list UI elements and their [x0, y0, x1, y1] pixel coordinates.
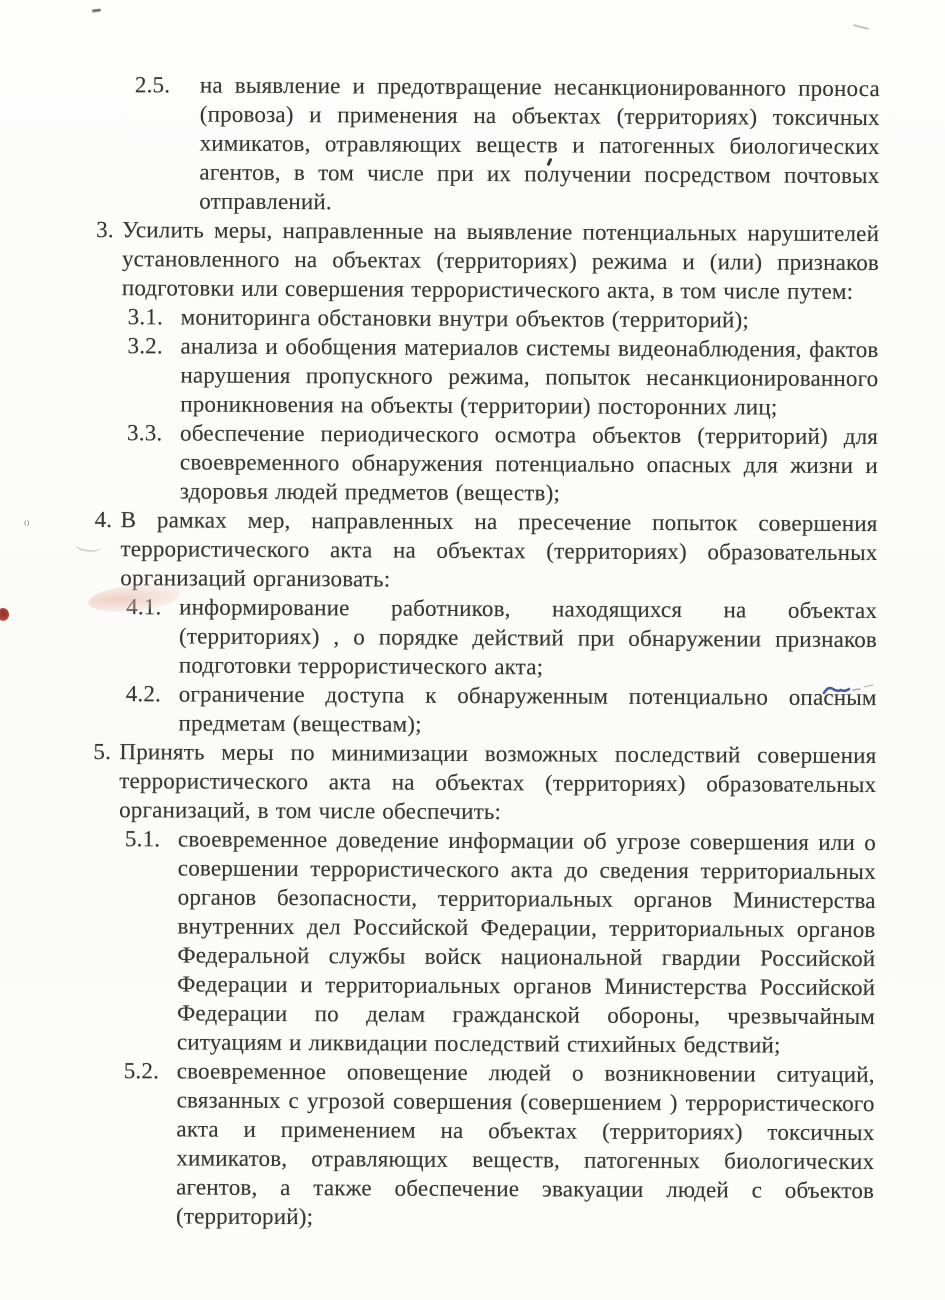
- item-number: 5.: [93, 737, 111, 766]
- list-item: 2.5. на выявление и предотвращение несан…: [95, 70, 880, 219]
- list-item: 5.2. своевременное оповещение людей о во…: [90, 1056, 875, 1234]
- list-item: 4.1. информирование работников, находящи…: [93, 592, 877, 683]
- list-item: 4.2. ограничение доступа к обнаруженным …: [93, 679, 877, 741]
- scan-pencil-mark-top-right: [853, 24, 869, 30]
- list-item: 5. Принять меры по минимизации возможных…: [92, 737, 876, 828]
- item-number: 4.2.: [126, 679, 161, 708]
- list-item: 4. В рамках мер, направленных на пресече…: [93, 505, 877, 596]
- item-number: 4.1.: [126, 592, 161, 621]
- scan-speck-left-margin: ₍₎: [24, 515, 29, 528]
- list-item: 3.2. анализа и обобщения материалов сист…: [94, 331, 878, 422]
- item-text: обеспечение периодического осмотра объек…: [180, 420, 878, 505]
- scan-speck-top: [92, 8, 101, 12]
- item-text: Усилить меры, направленные на выявление …: [122, 217, 879, 304]
- document-page: 2.5. на выявление и предотвращение несан…: [0, 0, 945, 1300]
- red-ink-dot: [0, 608, 9, 621]
- item-number: 3.2.: [127, 331, 162, 360]
- list-item: 3.1. мониторинга обстановки внутри объек…: [95, 302, 879, 335]
- item-text: ограничение доступа к обнаруженным потен…: [179, 681, 877, 736]
- document-text-block: 2.5. на выявление и предотвращение несан…: [90, 70, 880, 1234]
- item-text: на выявление и предотвращение несанкцион…: [199, 73, 880, 215]
- item-number: 5.1.: [125, 824, 160, 853]
- list-item: 3.3. обеспечение периодического осмотра …: [94, 418, 878, 509]
- item-number: 3.1.: [128, 302, 163, 331]
- item-text: информирование работников, находящихся н…: [179, 594, 877, 679]
- item-text: анализа и обобщения материалов системы в…: [180, 333, 878, 419]
- item-text: В рамках мер, направленных на пресечение…: [120, 507, 877, 591]
- item-text: своевременное оповещение людей о возникн…: [176, 1058, 875, 1229]
- item-text: своевременное доведение информации об уг…: [177, 826, 876, 1057]
- item-number: 2.5.: [135, 70, 170, 99]
- item-number: 5.2.: [124, 1056, 159, 1085]
- list-item: 3. Усилить меры, направленные на выявлен…: [95, 215, 879, 306]
- item-number: 4.: [95, 505, 113, 534]
- list-item: 5.1. своевременное доведение информации …: [91, 824, 876, 1060]
- item-text: мониторинга обстановки внутри объектов (…: [181, 304, 749, 332]
- item-number: 3.3.: [127, 418, 162, 447]
- item-number: 3.: [96, 215, 114, 244]
- item-text: Принять меры по минимизации возможных по…: [119, 739, 876, 824]
